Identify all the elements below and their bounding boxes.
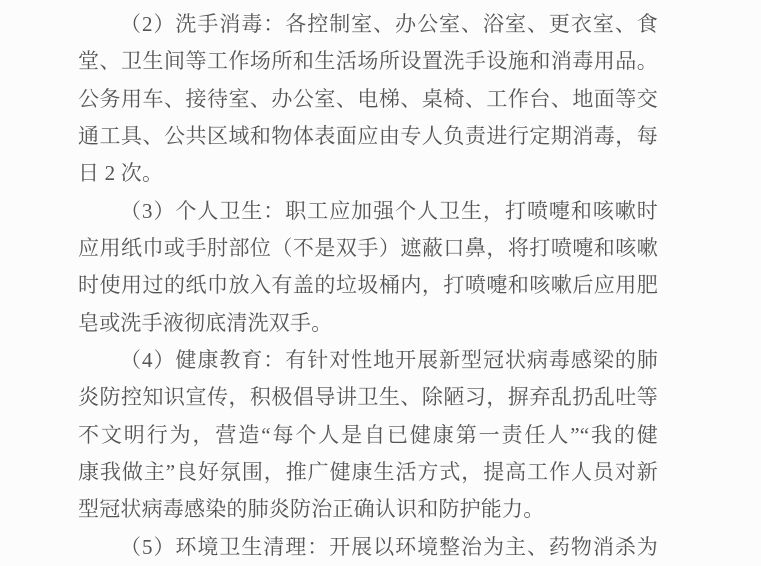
text-line: （2）洗手消毒：各控制室、办公室、浴室、更衣室、食 — [78, 6, 658, 43]
text-line: 通工具、公共区域和物体表面应由专人负责进行定期消毒，每 — [78, 118, 658, 155]
text-line: 不文明行为，营造“每个人是自已健康第一责任人”“我的健 — [78, 417, 658, 454]
text-line: （4）健康教育：有针对性地开展新型冠状病毒感梁的肺 — [78, 342, 658, 379]
text-line: 炎防控知识宣传，积极倡导讲卫生、除陋习，摒弃乱扔乱吐等 — [78, 379, 658, 416]
paragraph-health-education: （4）健康教育：有针对性地开展新型冠状病毒感梁的肺 炎防控知识宣传，积极倡导讲卫… — [78, 342, 658, 529]
paragraph-hand-washing-disinfection: （2）洗手消毒：各控制室、办公室、浴室、更衣室、食 堂、卫生间等工作场所和生活场… — [78, 6, 658, 193]
text-line: 型冠状病毒感染的肺炎防治正确认识和防护能力。 — [78, 491, 658, 528]
document-page: （2）洗手消毒：各控制室、办公室、浴室、更衣室、食 堂、卫生间等工作场所和生活场… — [0, 0, 761, 566]
document-text-block: （2）洗手消毒：各控制室、办公室、浴室、更衣室、食 堂、卫生间等工作场所和生活场… — [78, 6, 658, 566]
text-line: （5）环境卫生清理：开展以环境整治为主、药物消杀为 — [78, 529, 658, 566]
paragraph-personal-hygiene: （3）个人卫生：职工应加强个人卫生，打喷嚏和咳嗽时 应用纸巾或手肘部位（不是双手… — [78, 193, 658, 342]
text-line: 堂、卫生间等工作场所和生活场所设置洗手设施和消毒用品。 — [78, 43, 658, 80]
text-line: 应用纸巾或手肘部位（不是双手）遮蔽口鼻，将打喷嚏和咳嗽 — [78, 230, 658, 267]
text-line: 日 2 次。 — [78, 155, 658, 192]
text-line: 康我做主”良好氛围，推广健康生活方式，提高工作人员对新 — [78, 454, 658, 491]
text-line: （3）个人卫生：职工应加强个人卫生，打喷嚏和咳嗽时 — [78, 193, 658, 230]
paragraph-environmental-sanitation: （5）环境卫生清理：开展以环境整治为主、药物消杀为 — [78, 529, 658, 566]
text-line: 公务用车、接待室、办公室、电梯、桌椅、工作台、地面等交 — [78, 81, 658, 118]
text-line: 时使用过的纸巾放入有盖的垃圾桶内，打喷嚏和咳嗽后应用肥 — [78, 267, 658, 304]
text-line: 皂或洗手液彻底清洗双手。 — [78, 305, 658, 342]
